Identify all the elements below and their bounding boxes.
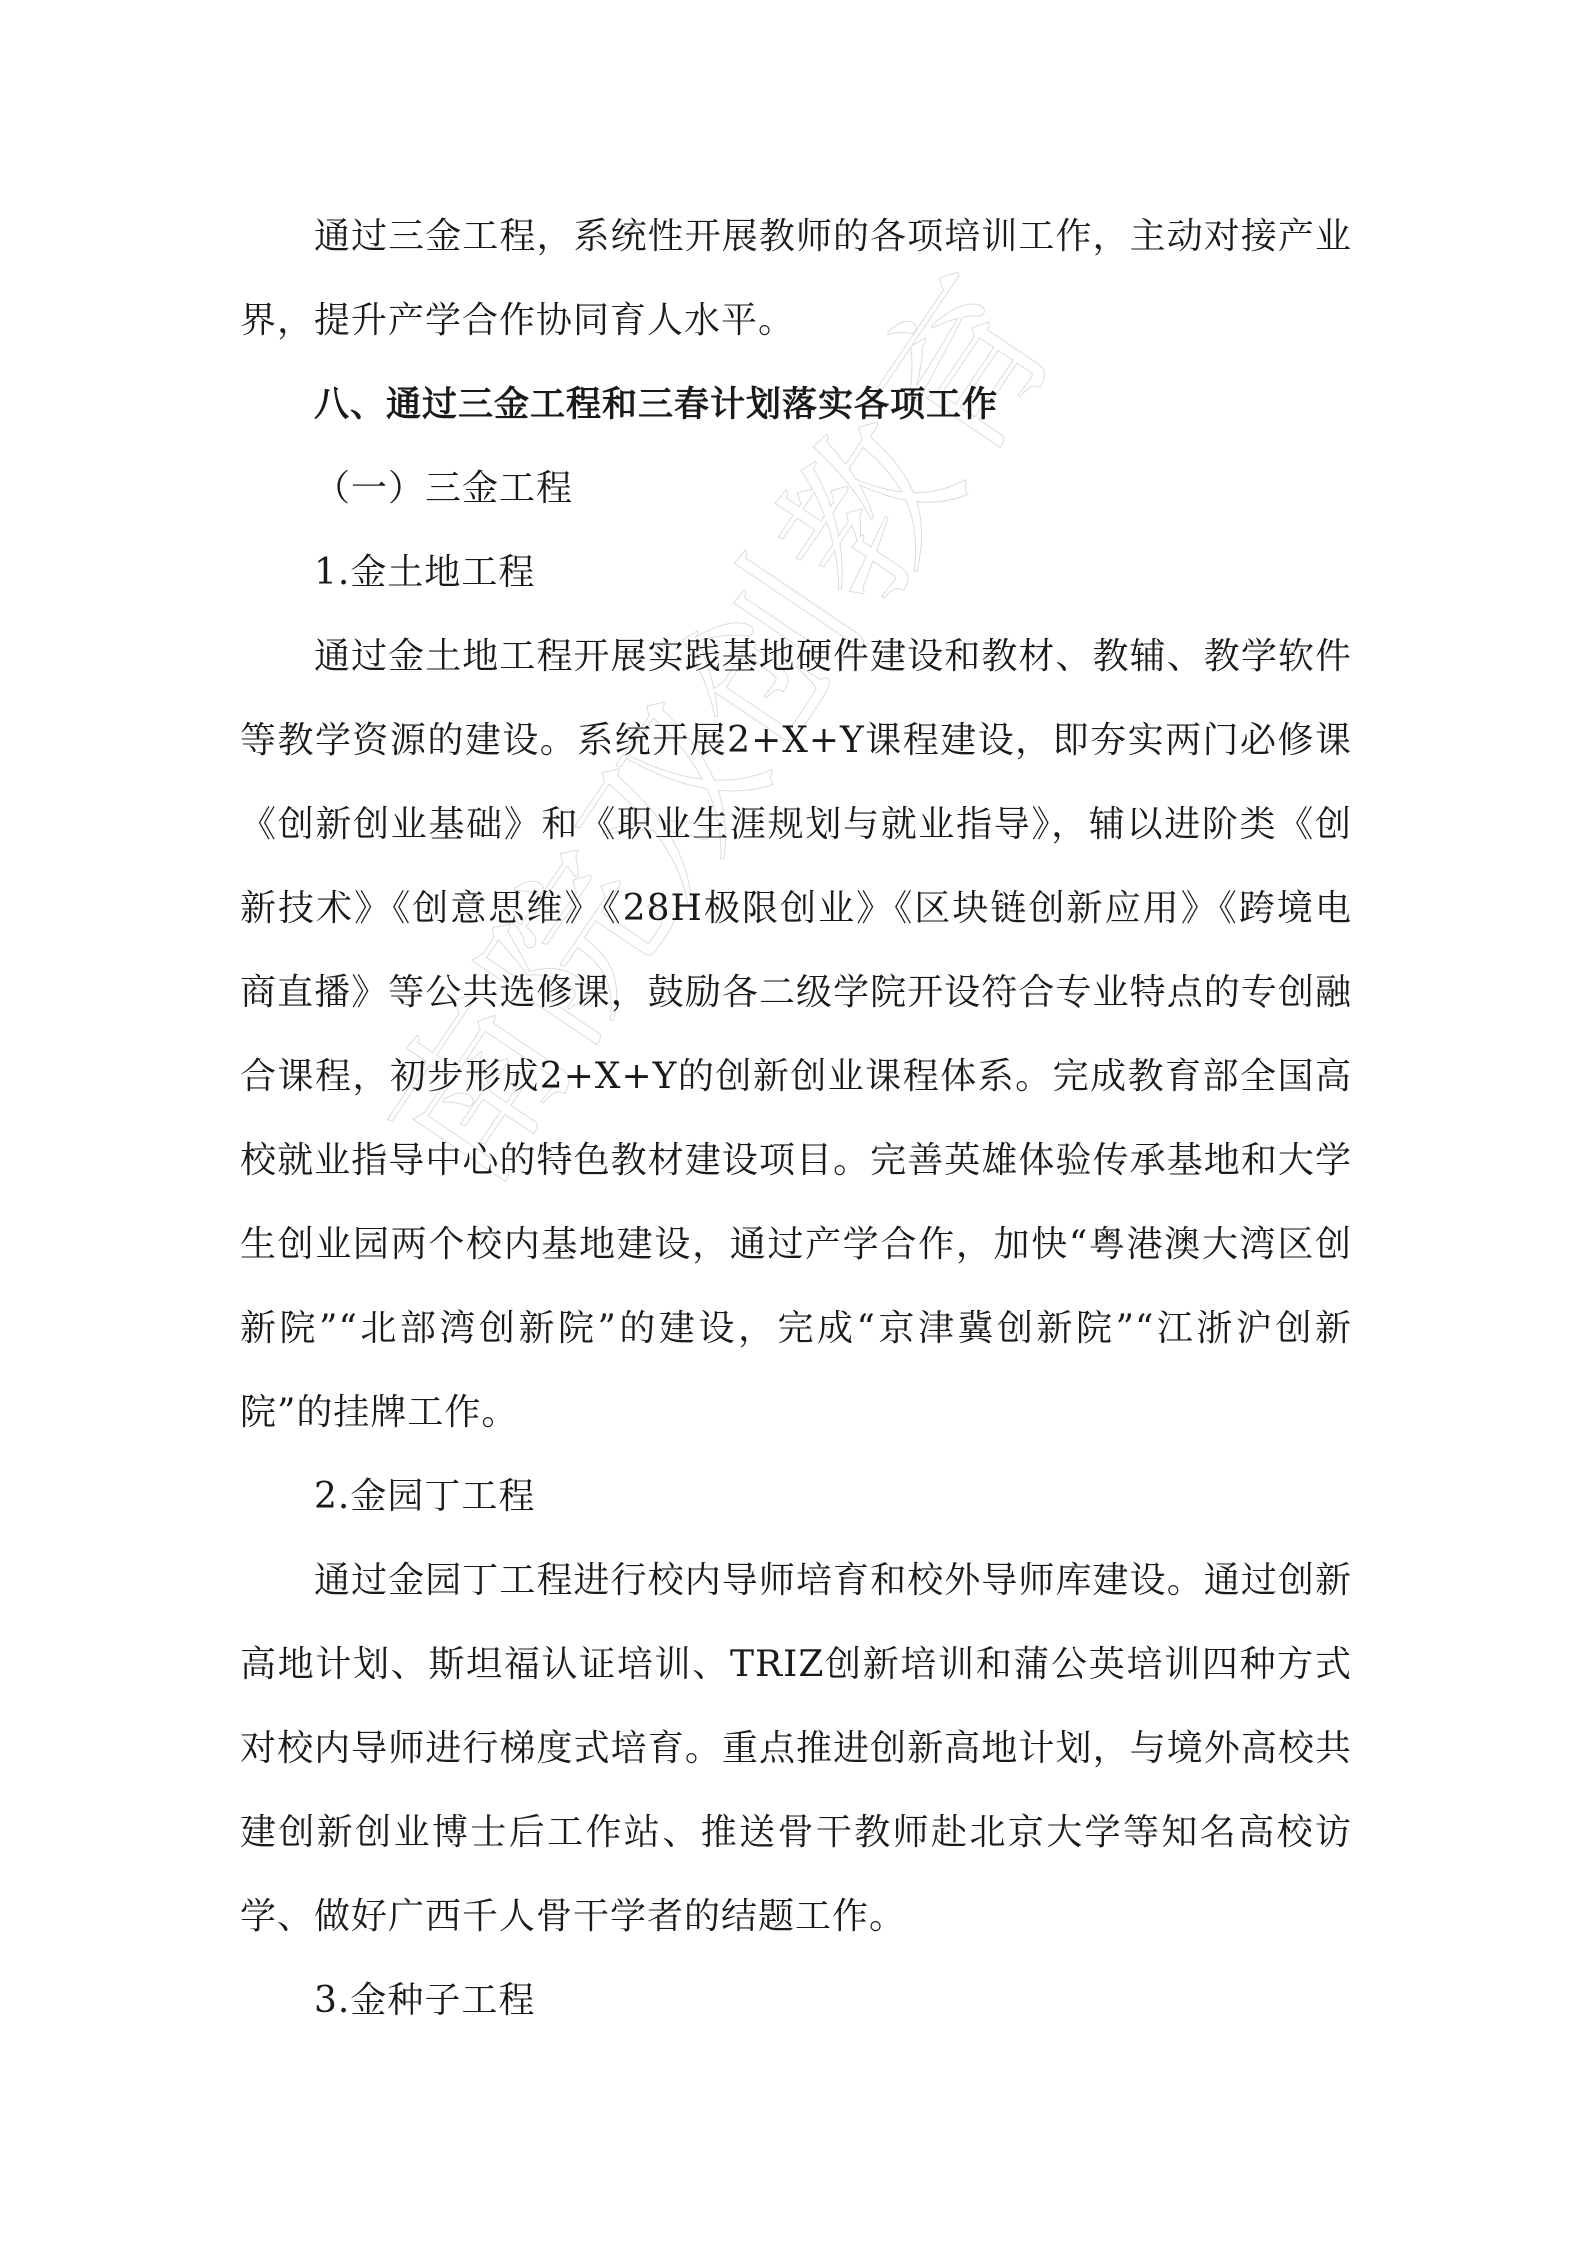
section-heading-8: 八、通过三金工程和三春计划落实各项工作 <box>240 363 1352 447</box>
item-heading-golden-land: 1.金土地工程 <box>240 531 1352 615</box>
document-page: 通过三金工程，系统性开展教师的各项培训工作，主动对接产业界，提升产学合作协同育人… <box>240 195 1352 2043</box>
intro-paragraph: 通过三金工程，系统性开展教师的各项培训工作，主动对接产业界，提升产学合作协同育人… <box>240 195 1352 363</box>
item-heading-golden-seed: 3.金种子工程 <box>240 1959 1352 2043</box>
item-heading-golden-gardener: 2.金园丁工程 <box>240 1455 1352 1539</box>
golden-gardener-paragraph: 通过金园丁工程进行校内导师培育和校外导师库建设。通过创新高地计划、斯坦福认证培训… <box>240 1539 1352 1959</box>
golden-land-paragraph: 通过金土地工程开展实践基地硬件建设和教材、教辅、教学软件等教学资源的建设。系统开… <box>240 615 1352 1455</box>
subsection-heading-1: （一）三金工程 <box>240 447 1352 531</box>
